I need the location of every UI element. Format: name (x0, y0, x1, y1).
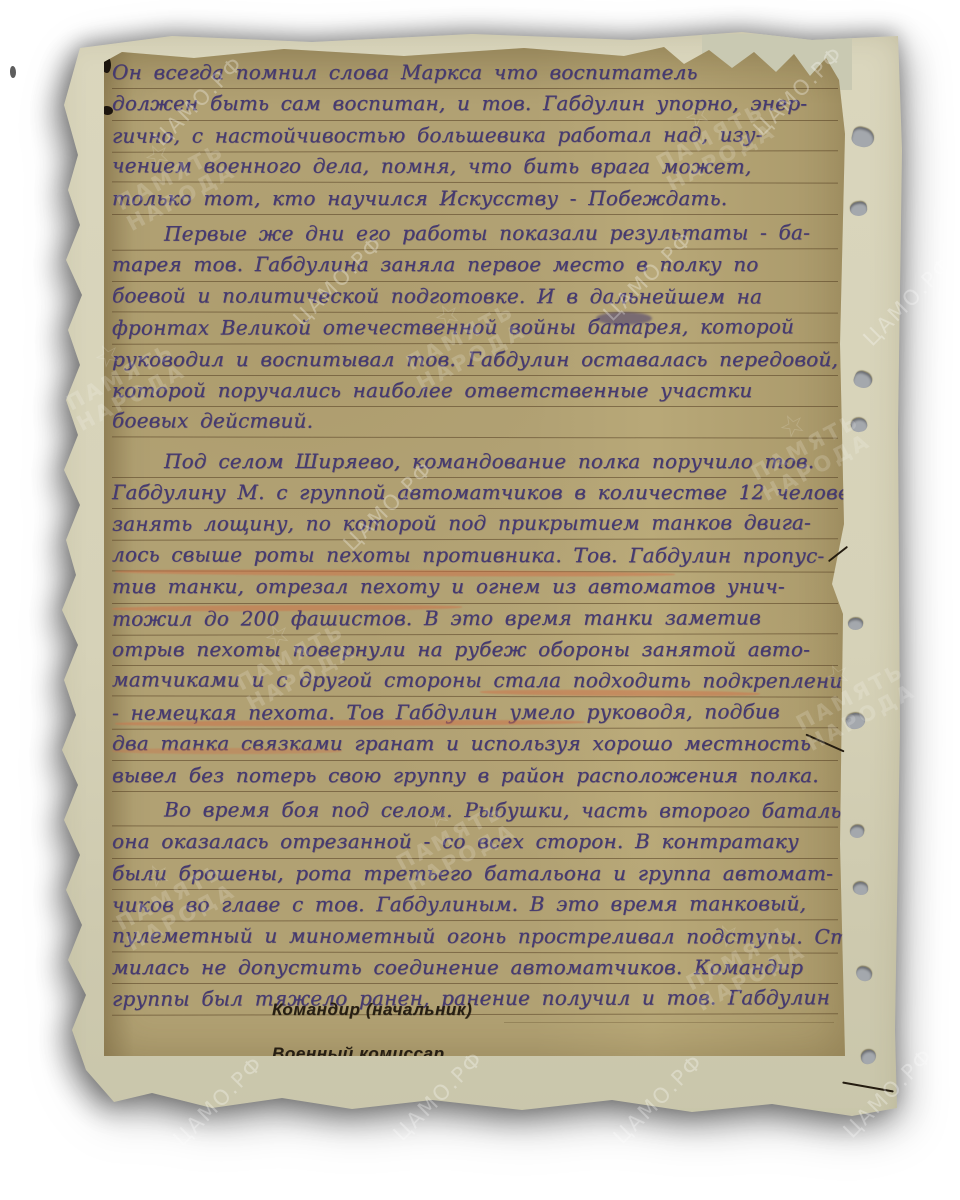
handwritten-text-block: Он всегда помнил слова Маркса что воспит… (112, 58, 838, 1016)
manuscript-line: тив танки, отрезал пехоту и огнем из авт… (112, 572, 838, 603)
punch-hole (852, 881, 868, 895)
manuscript-line: матчиками и с другой стороны стала подхо… (112, 666, 838, 699)
manuscript-line: гично, с настойчивостью большевика работ… (112, 120, 838, 153)
scan-debris-speck (10, 66, 16, 78)
paper-crack (842, 1082, 894, 1093)
manuscript-line: боевых действий. (112, 407, 838, 440)
manuscript-line: Во время боя под селом. Рыбушки, часть в… (112, 795, 838, 828)
manuscript-line: два танка связками гранат и используя хо… (112, 729, 838, 760)
manuscript-line: - немецкая пехота. Тов Габдулин умело ру… (112, 697, 838, 730)
ink-correction-scribble (596, 312, 652, 325)
manuscript-line: отрыв пехоты повернули на рубеж обороны … (112, 635, 838, 666)
backing-page: Он всегда помнил слова Маркса что воспит… (52, 30, 904, 1142)
scan-background: Он всегда помнил слова Маркса что воспит… (0, 0, 960, 1200)
punch-hole (852, 369, 875, 391)
punch-hole (849, 824, 865, 839)
manuscript-line: группы был тяжело ранен, ранение получил… (112, 984, 838, 1017)
manuscript-line: боевой и политической подготовке. И в да… (112, 281, 838, 314)
ink-speck (102, 56, 111, 73)
manuscript-line: руководил и воспитывал тов. Габдулин ост… (112, 345, 838, 376)
typed-commissar-label: Военный комиссар (272, 1044, 445, 1064)
punch-hole (860, 1049, 878, 1066)
typed-commander-label: Командир (начальник) (272, 1000, 472, 1020)
manuscript-line: чением военного дела, помня, что бить вр… (112, 152, 838, 185)
manuscript-line: занять лощину, по которой под прикрытием… (112, 509, 838, 542)
manuscript-line: только тот, кто научился Искусству - Поб… (112, 184, 838, 215)
manuscript-line: вывел без потерь свою группу в район рас… (112, 761, 838, 792)
manuscript-line: Под селом Ширяево, командование полка по… (112, 447, 838, 478)
ink-speck (102, 106, 113, 115)
manuscript-line: тарея тов. Габдулина заняла первое место… (112, 250, 838, 281)
manuscript-line: фронтах Великой отечественной войны бата… (112, 312, 838, 345)
punch-hole (850, 126, 876, 150)
punch-hole (847, 617, 863, 631)
punch-hole (844, 710, 867, 731)
document-page: Он всегда помнил слова Маркса что воспит… (104, 44, 845, 1056)
manuscript-line: Первые же дни его работы показали резуль… (112, 218, 838, 251)
manuscript-line: которой поручались наиболее ответственны… (112, 376, 838, 407)
punch-hole (849, 201, 868, 217)
manuscript-line: чиков во главе с тов. Габдулиным. В это … (112, 889, 838, 922)
scanned-sheet: Он всегда помнил слова Маркса что воспит… (0, 0, 960, 1200)
punch-hole (850, 416, 869, 433)
manuscript-line: были брошены, рота третьего батальона и … (112, 859, 838, 890)
manuscript-line: она оказалась отрезанной - со всех сторо… (112, 827, 838, 858)
manuscript-line: милась не допустить соединение автоматчи… (112, 953, 838, 984)
manuscript-line: должен быть сам воспитан, и тов. Габдули… (112, 89, 838, 120)
manuscript-line: лось свыше роты пехоты противника. Тов. … (112, 540, 838, 573)
punch-hole (854, 965, 873, 983)
manuscript-line: Габдулину М. с группой автоматчиков в ко… (112, 478, 838, 509)
signature-rule (504, 1022, 834, 1023)
manuscript-line: тожил до 200 фашистов. В это время танки… (112, 603, 838, 636)
manuscript-line: пулеметный и минометный огонь прострелив… (112, 921, 838, 954)
